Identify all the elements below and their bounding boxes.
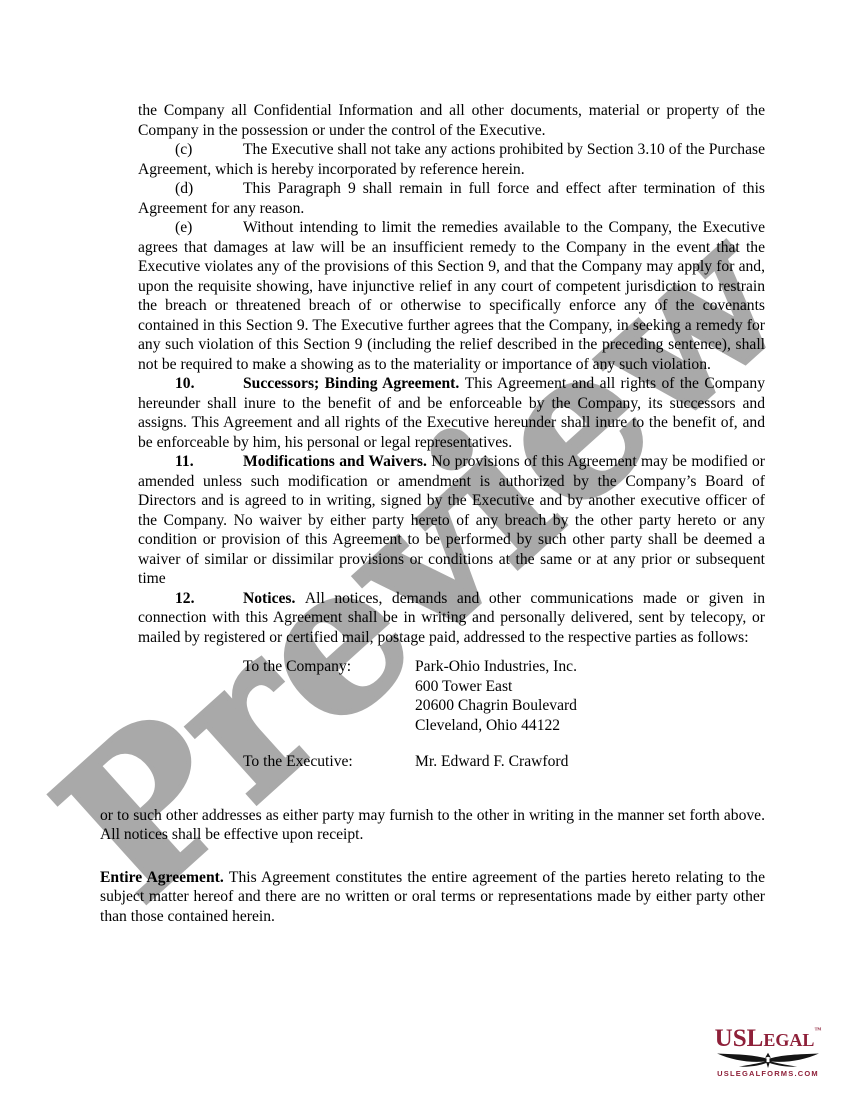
address-label: To the Company: (243, 657, 415, 735)
logo-egal-text: EGAL (763, 1030, 814, 1050)
notice-address-row: To the Company: Park-Ohio Industries, In… (243, 657, 765, 735)
agreement-paragraph: 11.Modifications and Waivers. No provisi… (138, 452, 765, 589)
address-line: 20600 Chagrin Boulevard (415, 696, 577, 716)
paragraph-text: Without intending to limit the remedies … (138, 219, 765, 373)
document-page: Preview the Company all Confidential Inf… (0, 0, 850, 1100)
paragraph-number: 10. (175, 374, 243, 394)
closing-paragraphs: or to such other addresses as either par… (100, 806, 765, 927)
uslegal-wordmark: USLEGAL™ (702, 1026, 834, 1051)
agreement-paragraph: (c)The Executive shall not take any acti… (138, 140, 765, 179)
paragraph-text: No provisions of this Agreement may be m… (138, 453, 765, 587)
paragraph-number: 12. (175, 589, 243, 609)
address-lines: Mr. Edward F. Crawford (415, 752, 568, 772)
agreement-paragraph: 10.Successors; Binding Agreement. This A… (138, 374, 765, 452)
agreement-paragraphs: the Company all Confidential Information… (138, 101, 765, 647)
uslegal-logo: USLEGAL™ USLEGALFORMS.COM (702, 1026, 834, 1078)
agreement-paragraph: Entire Agreement. This Agreement constit… (100, 868, 765, 927)
notice-address-block: To the Company: Park-Ohio Industries, In… (243, 657, 765, 772)
agreement-paragraph: (e)Without intending to limit the remedi… (138, 218, 765, 374)
address-line: 600 Tower East (415, 677, 577, 697)
address-line: Cleveland, Ohio 44122 (415, 716, 577, 736)
trademark-symbol: ™ (814, 1026, 821, 1034)
logo-l-text: L (747, 1025, 764, 1052)
address-lines: Park-Ohio Industries, Inc.600 Tower East… (415, 657, 577, 735)
eagle-wings-icon (716, 1052, 820, 1068)
agreement-paragraph: or to such other addresses as either par… (100, 806, 765, 845)
uslegalforms-url: USLEGALFORMS.COM (702, 1069, 834, 1078)
address-line: Mr. Edward F. Crawford (415, 752, 568, 772)
paragraph-heading: Notices. (243, 590, 305, 607)
paragraph-number: 11. (175, 452, 243, 472)
paragraph-number: (c) (175, 140, 243, 160)
address-label: To the Executive: (243, 752, 415, 772)
paragraph-text: or to such other addresses as either par… (100, 807, 765, 844)
paragraph-heading: Successors; Binding Agreement. (243, 375, 465, 392)
paragraph-number: (d) (175, 179, 243, 199)
logo-us-text: US (715, 1025, 747, 1052)
agreement-paragraph: the Company all Confidential Information… (138, 101, 765, 140)
agreement-paragraph: 12.Notices. All notices, demands and oth… (138, 589, 765, 648)
notice-address-row: To the Executive: Mr. Edward F. Crawford (243, 752, 765, 772)
agreement-paragraph: (d)This Paragraph 9 shall remain in full… (138, 179, 765, 218)
agreement-body: the Company all Confidential Information… (138, 101, 765, 926)
paragraph-text: the Company all Confidential Information… (138, 102, 765, 139)
paragraph-heading: Modifications and Waivers. (243, 453, 431, 470)
paragraph-number: (e) (175, 218, 243, 238)
paragraph-heading: Entire Agreement. (100, 869, 229, 886)
address-line: Park-Ohio Industries, Inc. (415, 657, 577, 677)
